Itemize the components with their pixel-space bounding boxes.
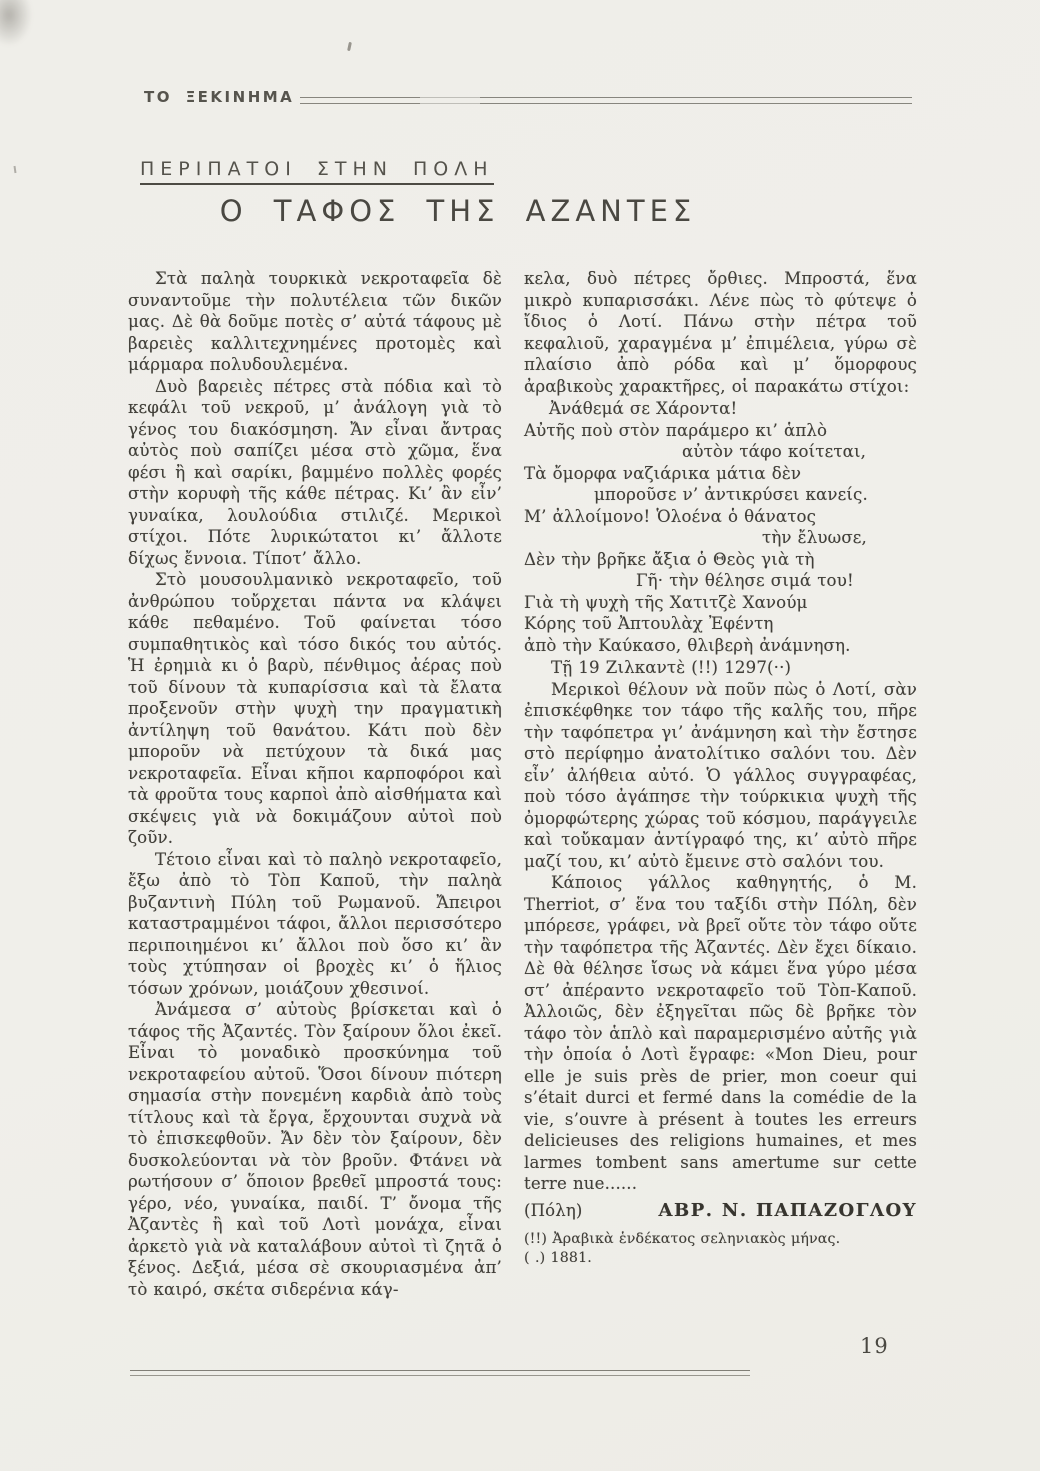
verse-line: Αὐτῆς ποὺ στὸν παράμερο κι’ ἁπλὸ <box>524 420 917 442</box>
scan-artifact <box>0 0 32 46</box>
paragraph: Στὸ μουσουλμανικὸ νεκροταφεῖο, τοῦ ἀνθρώ… <box>128 569 502 849</box>
verse-line: Κόρης τοῦ Ἀπτουλὰχ Ἐφέντη <box>524 613 917 635</box>
signature-author: ΑΒΡ. Ν. ΠΑΠΑΖΟΓΛΟΥ <box>659 1200 917 1222</box>
footer-rule <box>130 1370 750 1376</box>
paragraph: Ἀνάμεσα σ’ αὐτοὺς βρίσκεται καὶ ὁ τάφος … <box>128 999 502 1300</box>
article-body: Στὰ παληὰ τουρκικὰ νεκροταφεῖα δὲ συναντ… <box>128 268 917 1300</box>
verse-line: Γιὰ τὴ ψυχὴ τῆς Χατιτζὲ Χανούμ <box>524 592 917 614</box>
masthead-rule <box>300 97 912 104</box>
footnote: (!!) Ἀραβικὰ ἑνδέκατος σεληνιακὸς μήνας. <box>524 1230 917 1249</box>
verse-line: Δὲν τὴν βρῆκε ἄξια ὁ Θεὸς γιὰ τὴ <box>524 549 917 571</box>
verse-line: αὐτὸν τάφο κοίτεται, <box>524 441 917 463</box>
paragraph: Κάποιος γάλλος καθηγητής, ὁ Μ. Therriot,… <box>524 872 917 1195</box>
verse-line: τὴν ἔλυωσε, <box>524 527 917 549</box>
paragraph: Δυὸ βαρειὲς πέτρες στὰ πόδια καὶ τὸ κεφά… <box>128 376 502 570</box>
verse-epitaph: Ἀνάθεμά σε Χάροντα! Αὐτῆς ποὺ στὸν παράμ… <box>524 398 917 656</box>
left-column: Στὰ παληὰ τουρκικὰ νεκροταφεῖα δὲ συναντ… <box>128 268 502 1300</box>
paragraph: Τέτοιο εἶναι καὶ τὸ παληὸ νεκροταφεῖο, ἔ… <box>128 849 502 1000</box>
signature-row: (Πόλη) ΑΒΡ. Ν. ΠΑΠΑΖΟΓΛΟΥ <box>524 1200 917 1222</box>
footnotes: (!!) Ἀραβικὰ ἑνδέκατος σεληνιακὸς μήνας.… <box>524 1230 917 1268</box>
right-column: κελα, δυὸ πέτρες ὄρθιες. Μπροστά, ἕνα μι… <box>524 268 917 1300</box>
magazine-title: ΤΟ ΞΕΚΙΝΗΜΑ <box>144 88 294 106</box>
verse-line: Γῆ· τὴν θέλησε σιμά του! <box>524 570 917 592</box>
article-title: Ο ΤΑΦΟΣ ΤΗΣ ΑΖΑΝΤΕΣ <box>128 194 788 228</box>
paragraph: κελα, δυὸ πέτρες ὄρθιες. Μπροστά, ἕνα μι… <box>524 268 917 397</box>
verse-line: Μ’ ἀλλοίμονο! Ὁλοένα ὁ θάνατος <box>524 506 917 528</box>
verse-line: μποροῦσε ν’ ἀντικρύσει κανείς. <box>524 484 917 506</box>
verse-line: Τὰ ὄμορφα ναζιάρικα μάτια δὲν <box>524 463 917 485</box>
signature-place: (Πόλη) <box>524 1200 582 1222</box>
section-heading: ΠΕΡΙΠΑΤΟΙ ΣΤΗΝ ΠΟΛΗ <box>140 158 494 185</box>
verse-line: ἀπὸ τὴν Καύκασο, θλιβερὴ ἀνάμνηση. <box>524 635 917 657</box>
verse-line: Ἀνάθεμά σε Χάροντα! <box>524 398 917 420</box>
paragraph: Μερικοὶ θέλουν νὰ ποῦν πὼς ὁ Λοτί, σὰν ἐ… <box>524 679 917 873</box>
paragraph: Στὰ παληὰ τουρκικὰ νεκροταφεῖα δὲ συναντ… <box>128 268 502 376</box>
footnote: ( .) 1881. <box>524 1249 917 1268</box>
scan-artifact <box>14 166 17 173</box>
verse-date-line: Τῇ 19 Ζιλκαντὲ (!!) 1297(··) <box>524 657 917 679</box>
magazine-page: ΤΟ ΞΕΚΙΝΗΜΑ ΠΕΡΙΠΑΤΟΙ ΣΤΗΝ ΠΟΛΗ Ο ΤΑΦΟΣ … <box>0 0 1040 1471</box>
scan-artifact <box>347 42 352 51</box>
page-number: 19 <box>860 1334 889 1358</box>
